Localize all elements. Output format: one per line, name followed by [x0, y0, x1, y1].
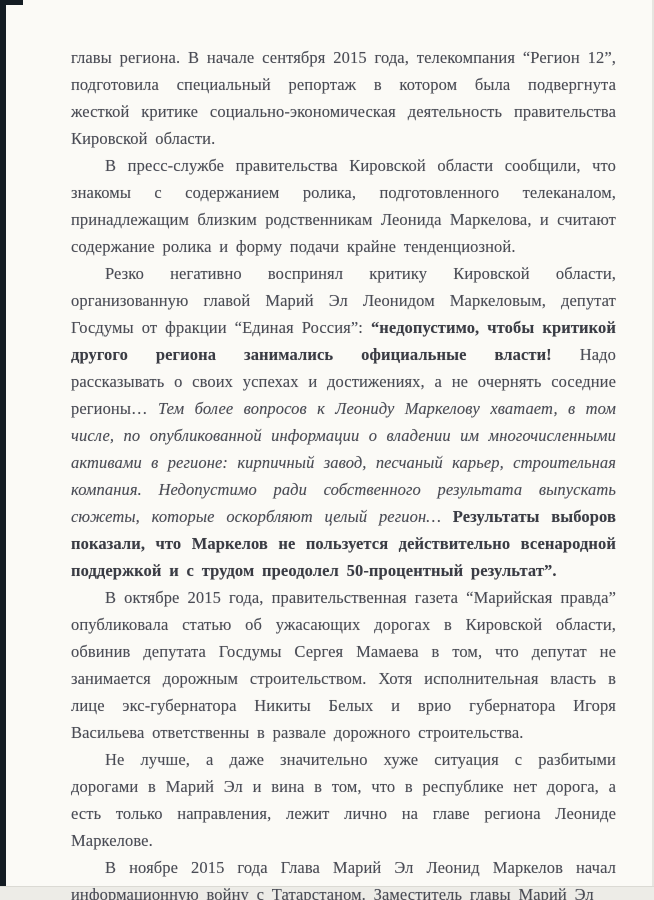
- paragraph: Не лучше, а даже значительно хуже ситуац…: [71, 746, 616, 854]
- paragraph: Резко негативно воспринял критику Кировс…: [71, 260, 616, 584]
- scanner-corner-edge: [0, 0, 23, 5]
- paragraph: В пресс-службе правительства Кировской о…: [71, 152, 616, 260]
- paragraph: главы региона. В начале сентября 2015 го…: [71, 44, 616, 152]
- document-text: главы региона. В начале сентября 2015 го…: [71, 44, 616, 900]
- paragraph: В ноябре 2015 года Глава Марий Эл Леонид…: [71, 854, 616, 900]
- text-run-normal: В пресс-службе правительства Кировской о…: [71, 156, 616, 256]
- paragraph: В октябре 2015 года, правительственная г…: [71, 584, 616, 746]
- text-run-normal: В ноябре 2015 года Глава Марий Эл Леонид…: [71, 858, 616, 900]
- text-run-normal: Не лучше, а даже значительно хуже ситуац…: [71, 750, 616, 850]
- text-run-normal: главы региона. В начале сентября 2015 го…: [71, 48, 616, 148]
- scanner-left-edge: [0, 0, 6, 900]
- text-run-normal: В октябре 2015 года, правительственная г…: [71, 588, 616, 742]
